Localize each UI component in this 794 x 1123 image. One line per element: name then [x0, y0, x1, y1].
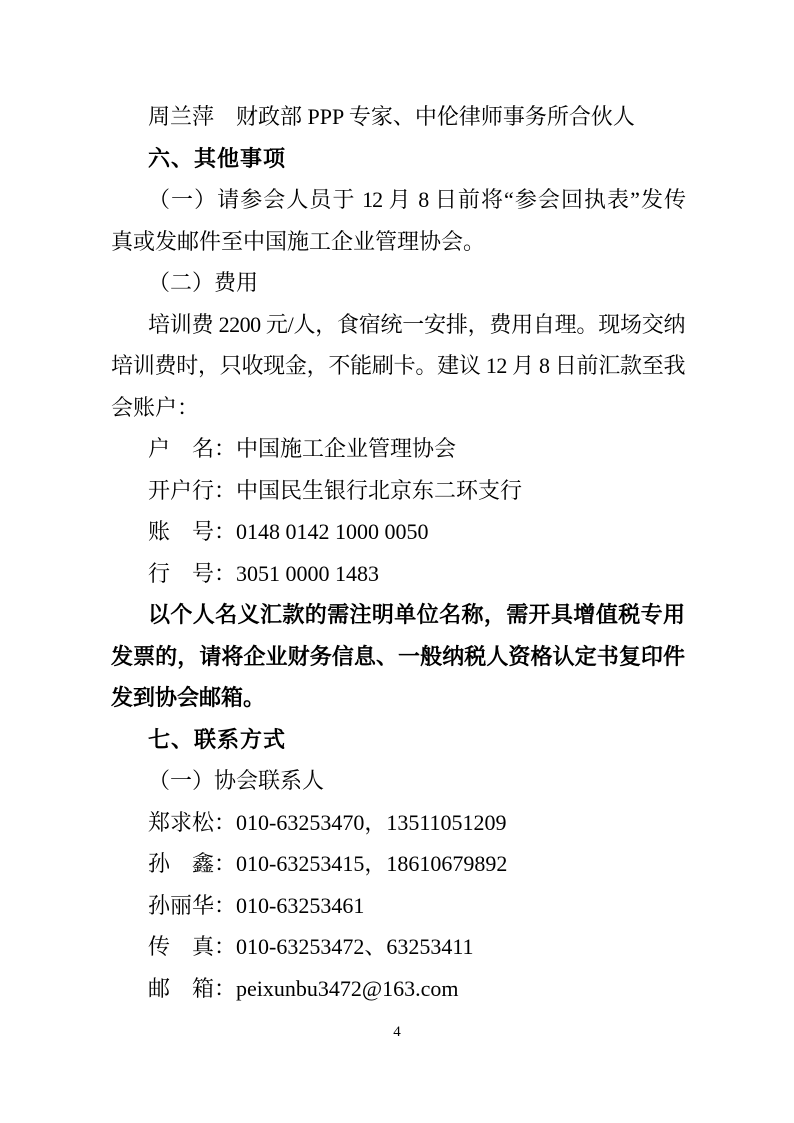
document-page: 周兰萍 财政部 PPP 专家、中伦律师事务所合伙人六、其他事项（一）请参会人员于… [0, 0, 794, 1123]
text-line: 孙丽华：010-63253461 [111, 885, 685, 927]
text-line: 培训费 2200 元/人，食宿统一安排，费用自理。现场交纳 [111, 304, 685, 346]
text-line: 传 真：010-63253472、63253411 [111, 926, 685, 968]
text-line: 郑求松：010-63253470，13511051209 [111, 802, 685, 844]
text-line: 邮 箱：peixunbu3472@163.com [111, 968, 685, 1010]
text-line: 行 号：3051 0000 1483 [111, 553, 685, 595]
text-line: 发到协会邮箱。 [111, 677, 685, 719]
text-line: （二）费用 [111, 262, 685, 304]
text-line: 账 号：0148 0142 1000 0050 [111, 511, 685, 553]
text-line: 周兰萍 财政部 PPP 专家、中伦律师事务所合伙人 [111, 96, 685, 138]
text-line: 真或发邮件至中国施工企业管理协会。 [111, 221, 685, 263]
text-line: 孙 鑫：010-63253415，18610679892 [111, 843, 685, 885]
text-line: 培训费时，只收现金，不能刷卡。建议 12 月 8 日前汇款至我 [111, 345, 685, 387]
text-line: 开户行：中国民生银行北京东二环支行 [111, 470, 685, 512]
section-heading: 七、联系方式 [111, 719, 685, 761]
text-line: （一）协会联系人 [111, 760, 685, 802]
text-line: 发票的，请将企业财务信息、一般纳税人资格认定书复印件 [111, 636, 685, 678]
section-heading: 六、其他事项 [111, 138, 685, 180]
document-body: 周兰萍 财政部 PPP 专家、中伦律师事务所合伙人六、其他事项（一）请参会人员于… [111, 96, 685, 1009]
page-number: 4 [0, 1022, 794, 1042]
text-line: （一）请参会人员于 12 月 8 日前将“参会回执表”发传 [111, 179, 685, 221]
text-line: 以个人名义汇款的需注明单位名称，需开具增值税专用 [111, 594, 685, 636]
text-line: 户 名：中国施工企业管理协会 [111, 428, 685, 470]
text-line: 会账户： [111, 387, 685, 429]
